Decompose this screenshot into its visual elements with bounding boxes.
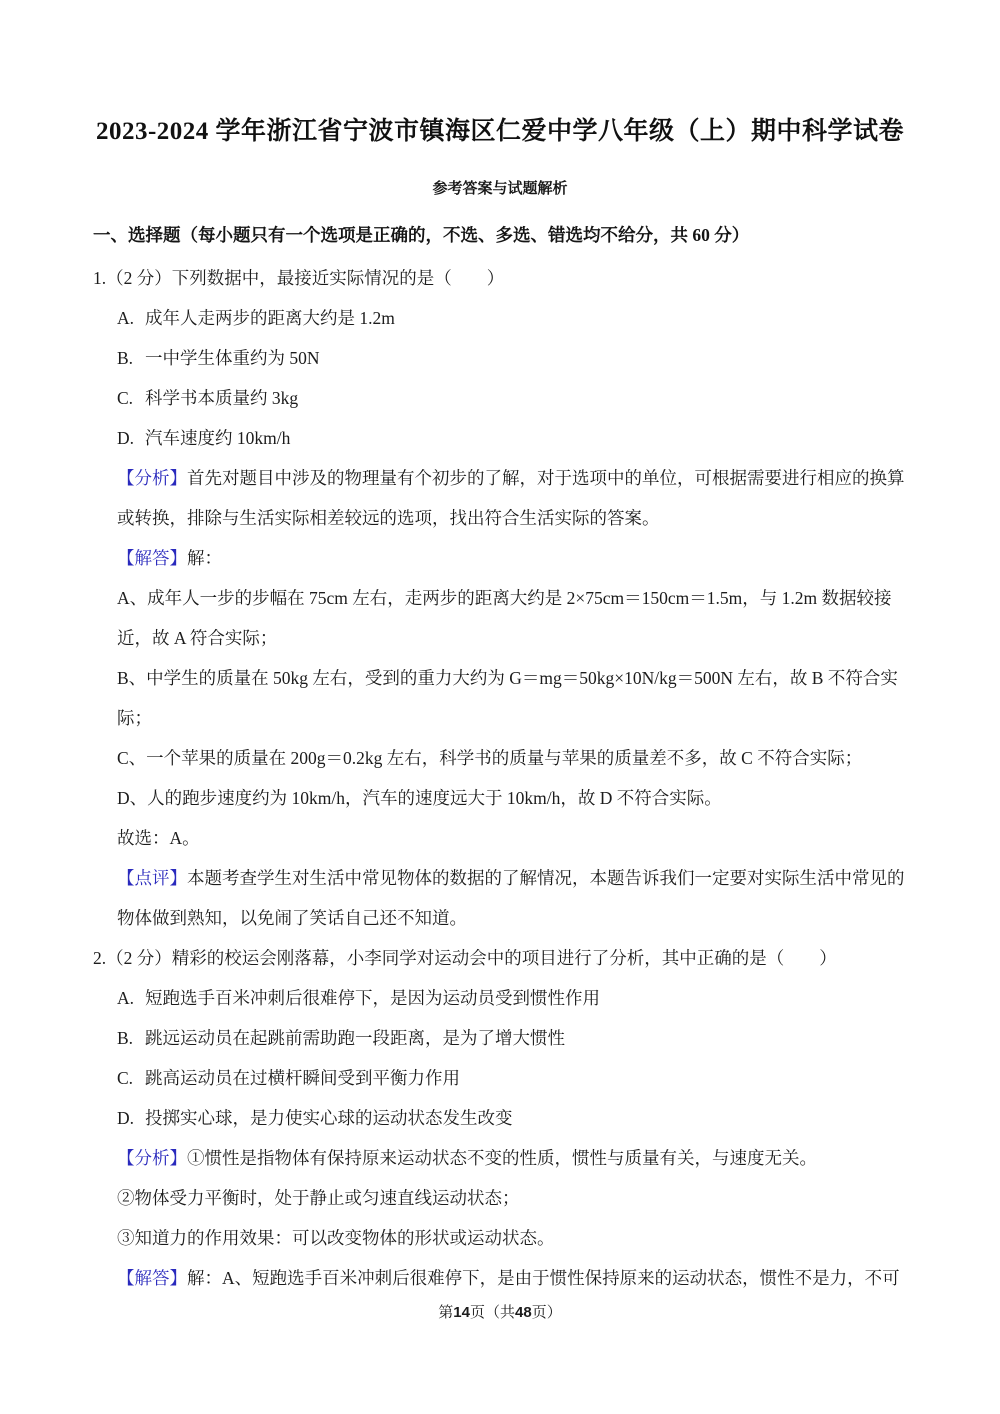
footer-total-pages: 48 <box>515 1304 532 1321</box>
page-footer: 第14页（共48页） <box>0 1301 1000 1322</box>
document-body: 1.（2 分）下列数据中，最接近实际情况的是（ ） A.成年人走两步的距离大约是… <box>93 258 1000 1298</box>
question-1-answer-line-4: 际； <box>93 698 1000 738</box>
question-2-option-b: B.跳远运动员在起跳前需助跑一段距离，是为了增大惯性 <box>93 1018 1000 1058</box>
answer-text: 解：A、短跑选手百米冲刺后很难停下，是由于惯性保持原来的运动状态，惯性不是力，不… <box>187 1268 900 1288</box>
question-1-answer-line-6: D、人的跑步速度约为 10km/h，汽车的速度远大于 10km/h，故 D 不符… <box>93 778 1000 818</box>
answer-tag: 【解答】 <box>117 1268 187 1288</box>
option-text: 短跑选手百米冲刺后很难停下，是因为运动员受到惯性作用 <box>145 988 600 1008</box>
page-subtitle: 参考答案与试题解析 <box>0 178 1000 200</box>
option-text: 汽车速度约 10km/h <box>145 428 290 448</box>
option-label: B. <box>117 338 135 378</box>
answer-intro: 解： <box>187 548 222 568</box>
answer-tag: 【解答】 <box>117 548 187 568</box>
question-1-analysis-line-1: 【分析】首先对题目中涉及的物理量有个初步的了解，对于选项中的单位，可根据需要进行… <box>93 458 1000 498</box>
question-1-answer-line-2: 近，故 A 符合实际； <box>93 618 1000 658</box>
question-1-stem: 1.（2 分）下列数据中，最接近实际情况的是（ ） <box>93 258 1000 298</box>
question-1-option-a: A.成年人走两步的距离大约是 1.2m <box>93 298 1000 338</box>
option-text: 成年人走两步的距离大约是 1.2m <box>145 308 395 328</box>
question-2-analysis-line-2: ②物体受力平衡时，处于静止或匀速直线运动状态； <box>93 1178 1000 1218</box>
question-2-stem: 2.（2 分）精彩的校运会刚落幕，小李同学对运动会中的项目进行了分析，其中正确的… <box>93 938 1000 978</box>
option-text: 科学书本质量约 3kg <box>145 388 298 408</box>
question-1-answer-line-5: C、一个苹果的质量在 200g＝0.2kg 左右，科学书的质量与苹果的质量差不多… <box>93 738 1000 778</box>
comment-tag: 【点评】 <box>117 868 187 888</box>
question-1-option-b: B.一中学生体重约为 50N <box>93 338 1000 378</box>
option-text: 跳高运动员在过横杆瞬间受到平衡力作用 <box>145 1068 460 1088</box>
option-text: 一中学生体重约为 50N <box>145 348 320 368</box>
page-title: 2023-2024 学年浙江省宁波市镇海区仁爱中学八年级（上）期中科学试卷 <box>50 0 950 150</box>
option-label: C. <box>117 1058 135 1098</box>
analysis-text: 首先对题目中涉及的物理量有个初步的了解，对于选项中的单位，可根据需要进行相应的换… <box>187 468 905 488</box>
analysis-text: ①惯性是指物体有保持原来运动状态不变的性质，惯性与质量有关，与速度无关。 <box>187 1148 817 1168</box>
option-label: D. <box>117 1098 135 1138</box>
question-1-answer-conclusion: 故选：A。 <box>93 818 1000 858</box>
analysis-tag: 【分析】 <box>117 1148 187 1168</box>
question-2-answer-line-1: 【解答】解：A、短跑选手百米冲刺后很难停下，是由于惯性保持原来的运动状态，惯性不… <box>93 1258 1000 1298</box>
option-label: C. <box>117 378 135 418</box>
question-1-comment-line-1: 【点评】本题考查学生对生活中常见物体的数据的了解情况，本题告诉我们一定要对实际生… <box>93 858 1000 898</box>
question-1-option-d: D.汽车速度约 10km/h <box>93 418 1000 458</box>
question-1-answer-heading: 【解答】解： <box>93 538 1000 578</box>
footer-page-number: 14 <box>453 1304 470 1321</box>
option-text: 跳远运动员在起跳前需助跑一段距离，是为了增大惯性 <box>145 1028 565 1048</box>
section-heading: 一、选择题（每小题只有一个选项是正确的，不选、多选、错选均不给分，共 60 分） <box>93 222 1000 248</box>
exam-paper-page: 2023-2024 学年浙江省宁波市镇海区仁爱中学八年级（上）期中科学试卷 参考… <box>0 0 1000 1414</box>
question-2-analysis-line-3: ③知道力的作用效果：可以改变物体的形状或运动状态。 <box>93 1218 1000 1258</box>
question-1-option-c: C.科学书本质量约 3kg <box>93 378 1000 418</box>
question-1-analysis-line-2: 或转换，排除与生活实际相差较远的选项，找出符合生活实际的答案。 <box>93 498 1000 538</box>
option-label: D. <box>117 418 135 458</box>
question-1-answer-line-3: B、中学生的质量在 50kg 左右，受到的重力大约为 G＝mg＝50kg×10N… <box>93 658 1000 698</box>
analysis-tag: 【分析】 <box>117 468 187 488</box>
question-2-option-d: D.投掷实心球，是力使实心球的运动状态发生改变 <box>93 1098 1000 1138</box>
option-label: B. <box>117 1018 135 1058</box>
question-2-option-c: C.跳高运动员在过横杆瞬间受到平衡力作用 <box>93 1058 1000 1098</box>
option-label: A. <box>117 298 135 338</box>
question-1-comment-line-2: 物体做到熟知，以免闹了笑话自己还不知道。 <box>93 898 1000 938</box>
footer-total-label: 页（共 <box>470 1305 515 1321</box>
footer-page-label: 第 <box>438 1305 453 1321</box>
question-2-analysis-line-1: 【分析】①惯性是指物体有保持原来运动状态不变的性质，惯性与质量有关，与速度无关。 <box>93 1138 1000 1178</box>
question-1-answer-line-1: A、成年人一步的步幅在 75cm 左右，走两步的距离大约是 2×75cm＝150… <box>93 578 1000 618</box>
footer-suffix: 页） <box>532 1305 562 1321</box>
question-2-option-a: A.短跑选手百米冲刺后很难停下，是因为运动员受到惯性作用 <box>93 978 1000 1018</box>
option-text: 投掷实心球，是力使实心球的运动状态发生改变 <box>145 1108 513 1128</box>
option-label: A. <box>117 978 135 1018</box>
comment-text: 本题考查学生对生活中常见物体的数据的了解情况，本题告诉我们一定要对实际生活中常见… <box>187 868 905 888</box>
